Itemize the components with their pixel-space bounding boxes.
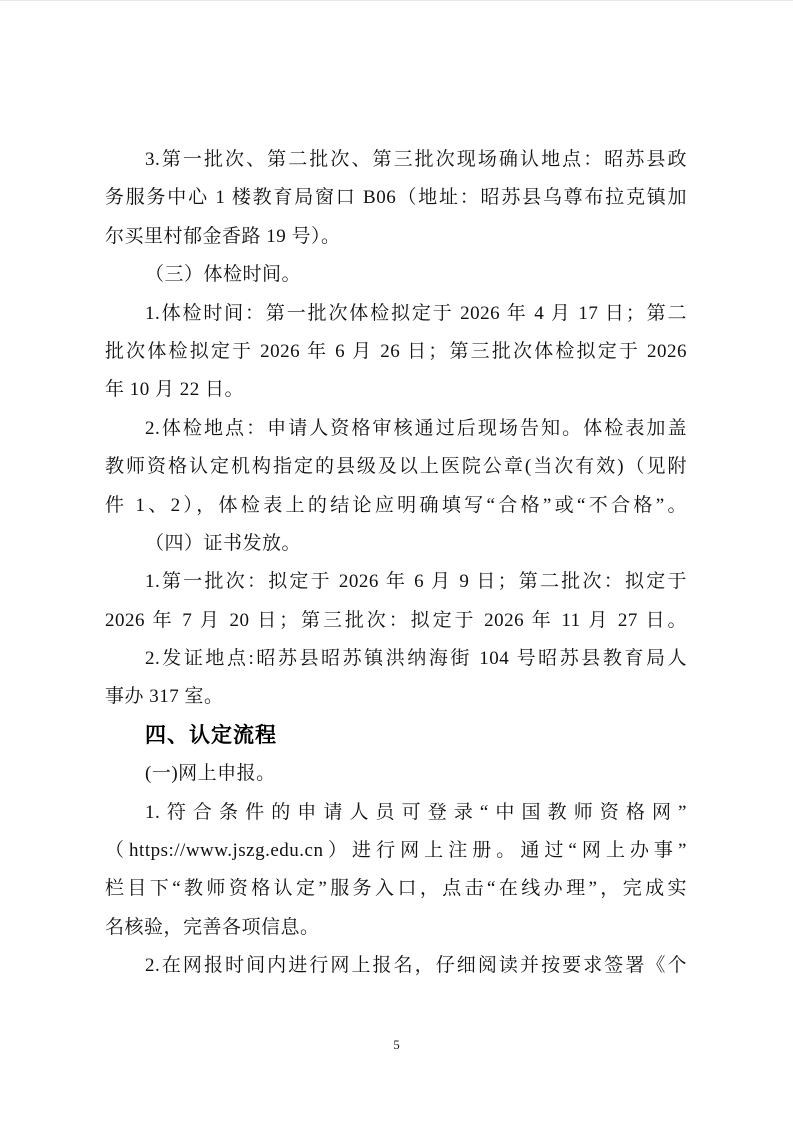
text-line: 务服务中心 1 楼教育局窗口 B06（地址：昭苏县乌尊布拉克镇加 — [105, 179, 687, 217]
text-line: 栏目下“教师资格认定”服务入口，点击“在线办理”，完成实 — [105, 870, 687, 908]
section-heading: 四、认定流程 — [105, 717, 687, 755]
page-number: 5 — [0, 1037, 793, 1053]
text-line: 事办 317 室。 — [105, 678, 687, 716]
text-line: 2026 年 7 月 20 日；第三批次：拟定于 2026 年 11 月 27 … — [105, 602, 687, 640]
document-body: 3.第一批次、第二批次、第三批次现场确认地点：昭苏县政 务服务中心 1 楼教育局… — [105, 141, 687, 986]
text-line: 1.符合条件的申请人员可登录“中国教师资格网” — [105, 794, 687, 832]
text-line: （三）体检时间。 — [105, 256, 687, 294]
text-line: 批次体检拟定于 2026 年 6 月 26 日；第三批次体检拟定于 2026 — [105, 333, 687, 371]
document-page: 3.第一批次、第二批次、第三批次现场确认地点：昭苏县政 务服务中心 1 楼教育局… — [0, 1, 793, 1122]
text-line: 2.体检地点：申请人资格审核通过后现场告知。体检表加盖 — [105, 410, 687, 448]
text-line: 年 10 月 22 日。 — [105, 371, 687, 409]
text-line: 名核验，完善各项信息。 — [105, 909, 687, 947]
text-line: 1.第一批次：拟定于 2026 年 6 月 9 日；第二批次：拟定于 — [105, 563, 687, 601]
text-line: 件 1、2），体检表上的结论应明确填写“合格”或“不合格”。 — [105, 487, 687, 525]
text-line: 尔买里村郁金香路 19 号）。 — [105, 218, 687, 256]
text-line: (一)网上申报。 — [105, 755, 687, 793]
text-line: 1.体检时间：第一批次体检拟定于 2026 年 4 月 17 日；第二 — [105, 295, 687, 333]
text-line: 2.发证地点:昭苏县昭苏镇洪纳海街 104 号昭苏县教育局人 — [105, 640, 687, 678]
text-line: 教师资格认定机构指定的县级及以上医院公章(当次有效)（见附 — [105, 448, 687, 486]
text-line: （四）证书发放。 — [105, 525, 687, 563]
text-line: 3.第一批次、第二批次、第三批次现场确认地点：昭苏县政 — [105, 141, 687, 179]
text-line: 2.在网报时间内进行网上报名，仔细阅读并按要求签署《个 — [105, 947, 687, 985]
text-line: （https://www.jszg.edu.cn）进行网上注册。通过“网上办事” — [105, 832, 687, 870]
